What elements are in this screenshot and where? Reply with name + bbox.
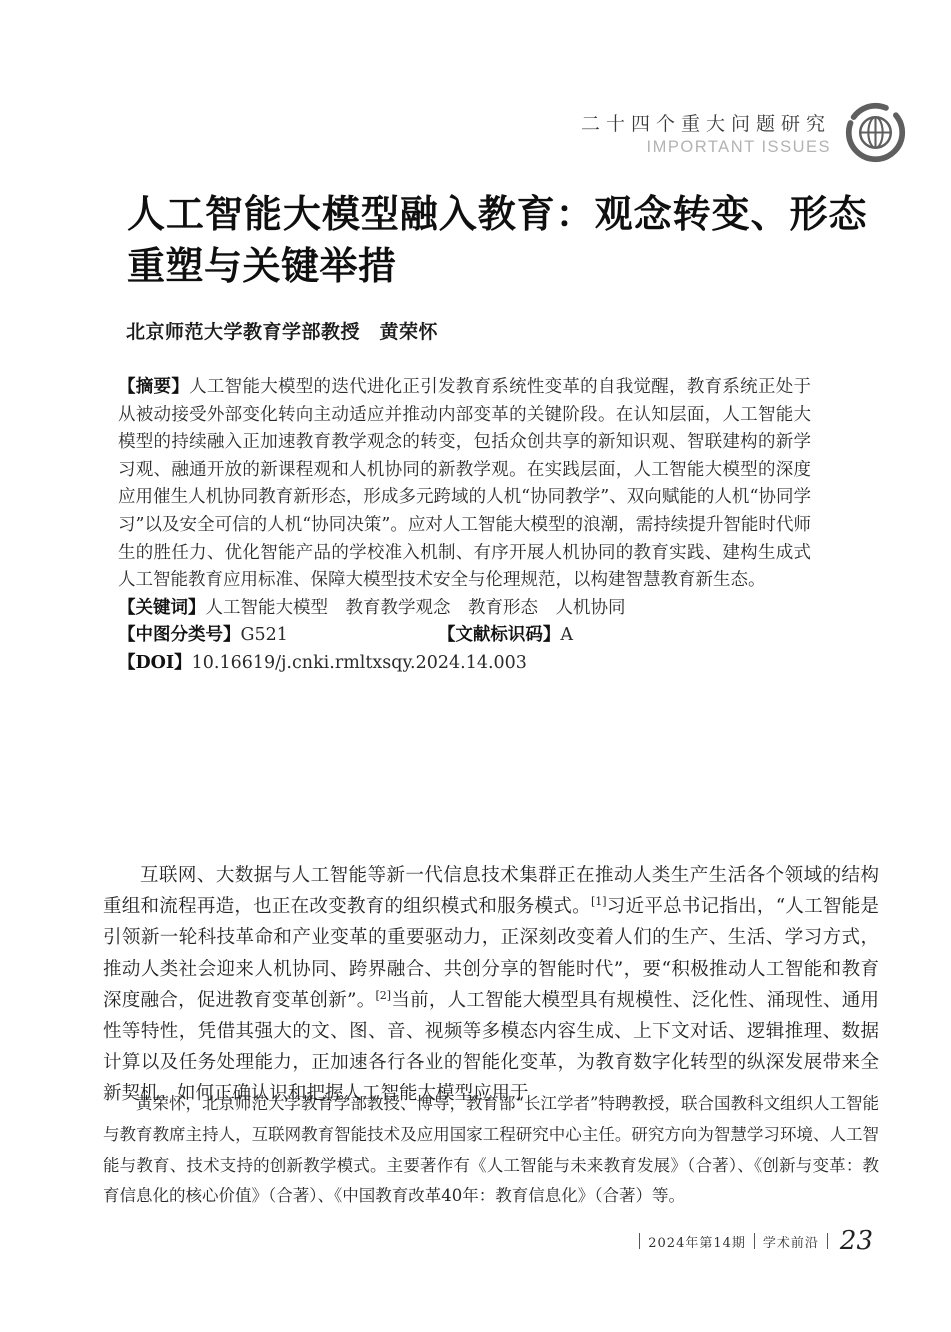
footer-separator — [639, 1233, 640, 1249]
column-header-text: 二十四个重大问题研究 IMPORTANT ISSUES — [581, 109, 831, 157]
keywords-line: 【关键词】人工智能大模型 教育教学观念 教育形态 人机协同 — [118, 595, 811, 623]
doc-code-label: 【文献标识码】 — [438, 625, 561, 645]
abstract-block: 【摘要】人工智能大模型的迭代进化正引发教育系统性变革的自我觉醒，教育系统正处于从… — [118, 374, 811, 678]
article-title: 人工智能大模型融入教育：观念转变、形态重塑与关键举措 — [127, 188, 867, 292]
section-title-en: IMPORTANT ISSUES — [581, 138, 831, 157]
clc-label: 【中图分类号】 — [118, 625, 241, 645]
section-title-cn: 二十四个重大问题研究 — [581, 109, 831, 136]
reference-mark-1: [1] — [591, 895, 607, 908]
footer-issue: 2024年第14期 — [648, 1232, 746, 1251]
reference-mark-2: [2] — [375, 989, 391, 1002]
keywords-text: 人工智能大模型 教育教学观念 教育形态 人机协同 — [206, 598, 626, 618]
footer-separator — [827, 1233, 828, 1249]
doi-value: 10.16619/j.cnki.rmltxsqy.2024.14.003 — [192, 653, 527, 673]
footer-separator — [754, 1233, 755, 1249]
page-number: 23 — [840, 1228, 873, 1254]
author-bio-footnote: 黄荣怀，北京师范大学教育学部教授、博导，教育部“长江学者”特聘教授，联合国教科文… — [103, 1089, 879, 1212]
doi-label: 【DOI】 — [118, 653, 192, 673]
page-footer: 2024年第14期 学术前沿 23 — [639, 1228, 873, 1254]
doi-line: 【DOI】10.16619/j.cnki.rmltxsqy.2024.14.00… — [118, 650, 811, 678]
journal-page: 二十四个重大问题研究 IMPORTANT ISSUES 人工智能大模型融入教育：… — [0, 0, 951, 1332]
abstract-text: 人工智能大模型的迭代进化正引发教育系统性变革的自我觉醒，教育系统正处于从被动接受… — [118, 377, 811, 590]
keywords-label: 【关键词】 — [118, 598, 206, 618]
body-paragraph: 互联网、大数据与人工智能等新一代信息技术集群正在推动人类生产生活各个领域的结构重… — [103, 860, 879, 1110]
globe-icon — [844, 101, 907, 164]
column-header: 二十四个重大问题研究 IMPORTANT ISSUES — [581, 101, 907, 164]
footer-journal-name: 学术前沿 — [763, 1232, 819, 1251]
abstract-label: 【摘要】 — [118, 377, 189, 397]
abstract-paragraph: 【摘要】人工智能大模型的迭代进化正引发教育系统性变革的自我觉醒，教育系统正处于从… — [118, 374, 811, 595]
author-line: 北京师范大学教育学部教授 黄荣怀 — [126, 317, 438, 344]
clc-value: G521 — [241, 625, 288, 645]
doc-code-value: A — [560, 625, 573, 645]
classification-line: 【中图分类号】G521【文献标识码】A — [118, 622, 811, 650]
